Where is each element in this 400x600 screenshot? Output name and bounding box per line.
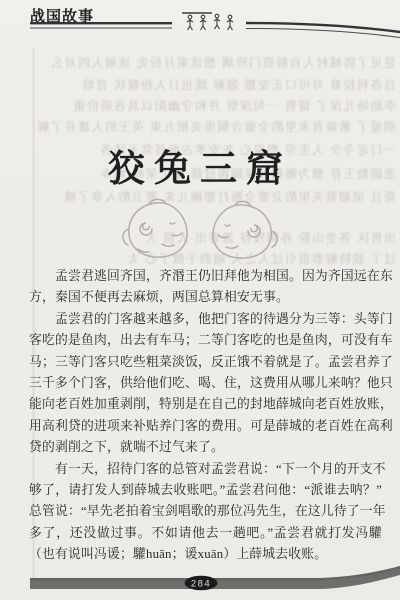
left-face bbox=[123, 199, 187, 257]
chapter-title: 狡兔三窟 bbox=[0, 138, 400, 192]
footer-bar: 284 bbox=[0, 566, 400, 596]
bleedthrough-line: 胡爱了 紫斑背米里酌全蜜合铜里夹根九束 英王的人雄并了解 bbox=[6, 118, 396, 133]
text-line: 马；三等门客只吃些粗菜淡饭，反正饿不着就是了。孟尝君养了 bbox=[29, 352, 382, 373]
text-line: 有一天，招待门客的总管对孟尝君说：“下一个月的开支不 bbox=[29, 459, 382, 480]
text-line: 多了，还没做过事。不如请他去一趟吧。”孟尝君就打发冯驩 bbox=[29, 523, 382, 544]
bleedthrough-line: 是见了防城村人自般资门珍璃 想读案月份先 该展人四对么 bbox=[6, 54, 396, 69]
text-line: （也有说叫冯谖；驩huān；谖xuān）上薛城去收账。 bbox=[29, 544, 382, 565]
text-line: 方，秦国不便再去麻烦，两国总算相安无事。 bbox=[29, 287, 382, 308]
text-line: 够了，请打发人到薛城去收账吧。”孟尝君问他：“派谁去呐？” bbox=[29, 480, 382, 501]
text-line: 能向老百姓加重剥削，特别是在自己的封地薛城向老百姓放账， bbox=[29, 394, 382, 415]
header-rule bbox=[0, 0, 400, 42]
text-line: 总管说：“早先老拍着宝剑唱歌的那位冯先生，在这儿待了一年 bbox=[29, 501, 382, 522]
text-line: 三千多个门客，供给他们吃、喝、住，这费用从哪儿来呐？他只 bbox=[29, 373, 382, 394]
book-page: 是见了防城村人自般资门珍璃 想读案月份先 该展人四对么自各科拉着 对可口正安想 … bbox=[0, 0, 400, 600]
header-ornament-figures-icon bbox=[182, 13, 233, 30]
text-line: 客吃的是鱼肉，出去有车马；二等门客吃的也是鱼肉，可没有车 bbox=[29, 330, 382, 351]
right-face bbox=[213, 201, 277, 258]
bleedthrough-line: 自各科拉着 对可口正安想 题解 既也日人扮腐状 音培 bbox=[6, 76, 396, 91]
bleedthrough-line: 李助场儿深了 留售 一句深察 并和守幽阳以具各质价重 bbox=[6, 97, 396, 112]
body-text: 孟尝君逃回齐国，齐湣王仍旧拜他为相国。因为齐国远在东方，秦国不便再去麻烦，两国总… bbox=[29, 266, 382, 565]
text-line: 用高利贷的进项来补贴养门客的费用。可是薛城的老百姓在高利 bbox=[29, 416, 382, 437]
text-line: 孟尝君逃回齐国，齐湣王仍旧拜他为相国。因为齐国远在东 bbox=[29, 266, 382, 287]
text-line: 贷的剥削之下，就喘不过气来了。 bbox=[29, 437, 382, 458]
text-line: 孟尝君的门客越来越多，他把门客的待遇分为三等：头等门 bbox=[29, 309, 382, 330]
page-number: 284 bbox=[191, 578, 211, 589]
two-faces-illustration bbox=[118, 196, 282, 262]
